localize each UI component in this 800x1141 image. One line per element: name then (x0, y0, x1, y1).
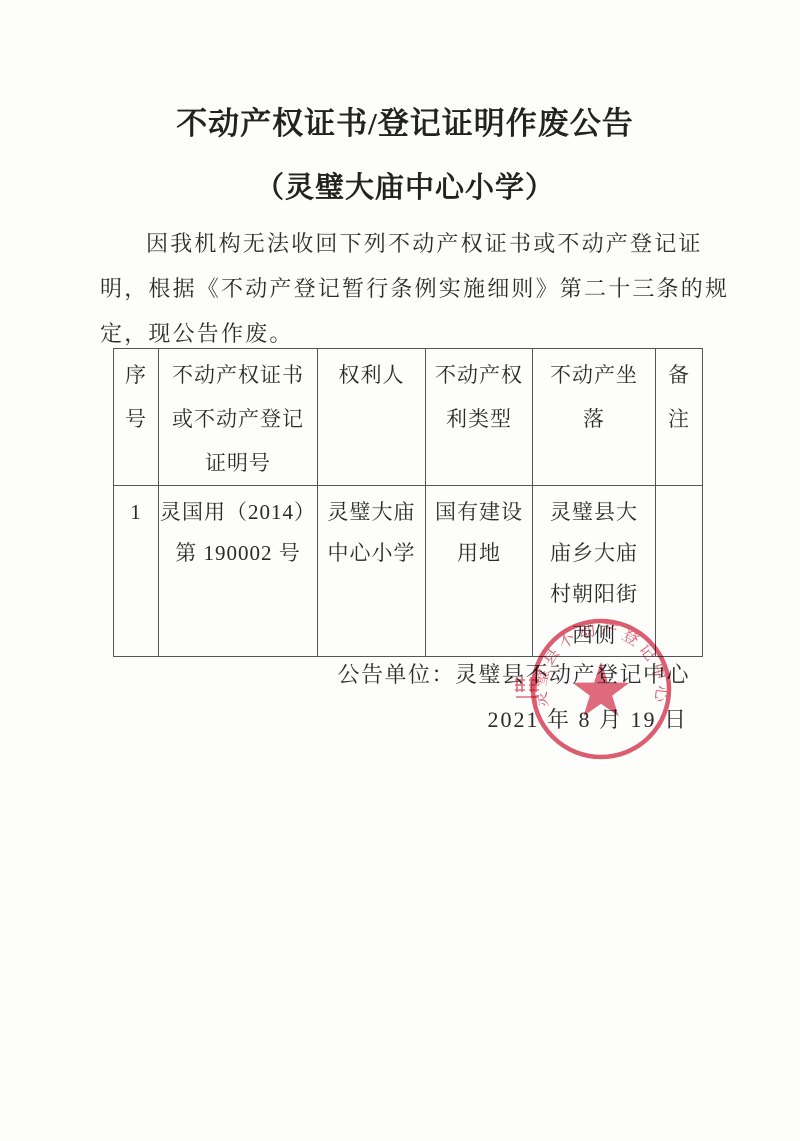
star-icon (573, 662, 630, 716)
col-header-location: 不动产坐 落 (533, 349, 656, 486)
notice-paragraph: 因我机构无法收回下列不动产权证书或不动产登记证 明，根据《不动产登记暂行条例实施… (100, 221, 708, 356)
cell-certificate-no: 灵国用（2014） 第 190002 号 (159, 486, 318, 657)
page-subtitle: （灵璧大庙中心小学） (5, 165, 800, 206)
cell-right-type: 国有建设 用地 (426, 486, 533, 657)
col-header-serial: 序 号 (114, 349, 159, 486)
page-title: 不动产权证书/登记证明作废公告 (5, 98, 800, 143)
col-header-right-type: 不动产权 利类型 (426, 349, 533, 486)
table-header-row: 序 号 不动产权证书 或不动产登记 证明号 权利人 不动产权 利类型 不动产坐 … (114, 349, 703, 486)
cell-serial: 1 (114, 486, 159, 657)
scanned-notice-page: 不动产权证书/登记证明作废公告 （灵璧大庙中心小学） 因我机构无法收回下列不动产… (0, 0, 800, 1141)
paragraph-line-1: 因我机构无法收回下列不动产权证书或不动产登记证 (100, 221, 708, 266)
paragraph-line-2: 明，根据《不动产登记暂行条例实施细则》第二十三条的规 (100, 266, 708, 311)
col-header-remarks: 备 注 (656, 349, 703, 486)
stamp-small-mark-icon (513, 674, 541, 704)
certificates-table: 序 号 不动产权证书 或不动产登记 证明号 权利人 不动产权 利类型 不动产坐 … (113, 348, 703, 657)
cell-rights-holder: 灵璧大庙 中心小学 (318, 486, 426, 657)
col-header-rights-holder: 权利人 (318, 349, 426, 486)
official-seal-stamp: 灵璧县不动产登记中心 (528, 616, 674, 764)
col-header-certificate-no: 不动产权证书 或不动产登记 证明号 (159, 349, 318, 486)
